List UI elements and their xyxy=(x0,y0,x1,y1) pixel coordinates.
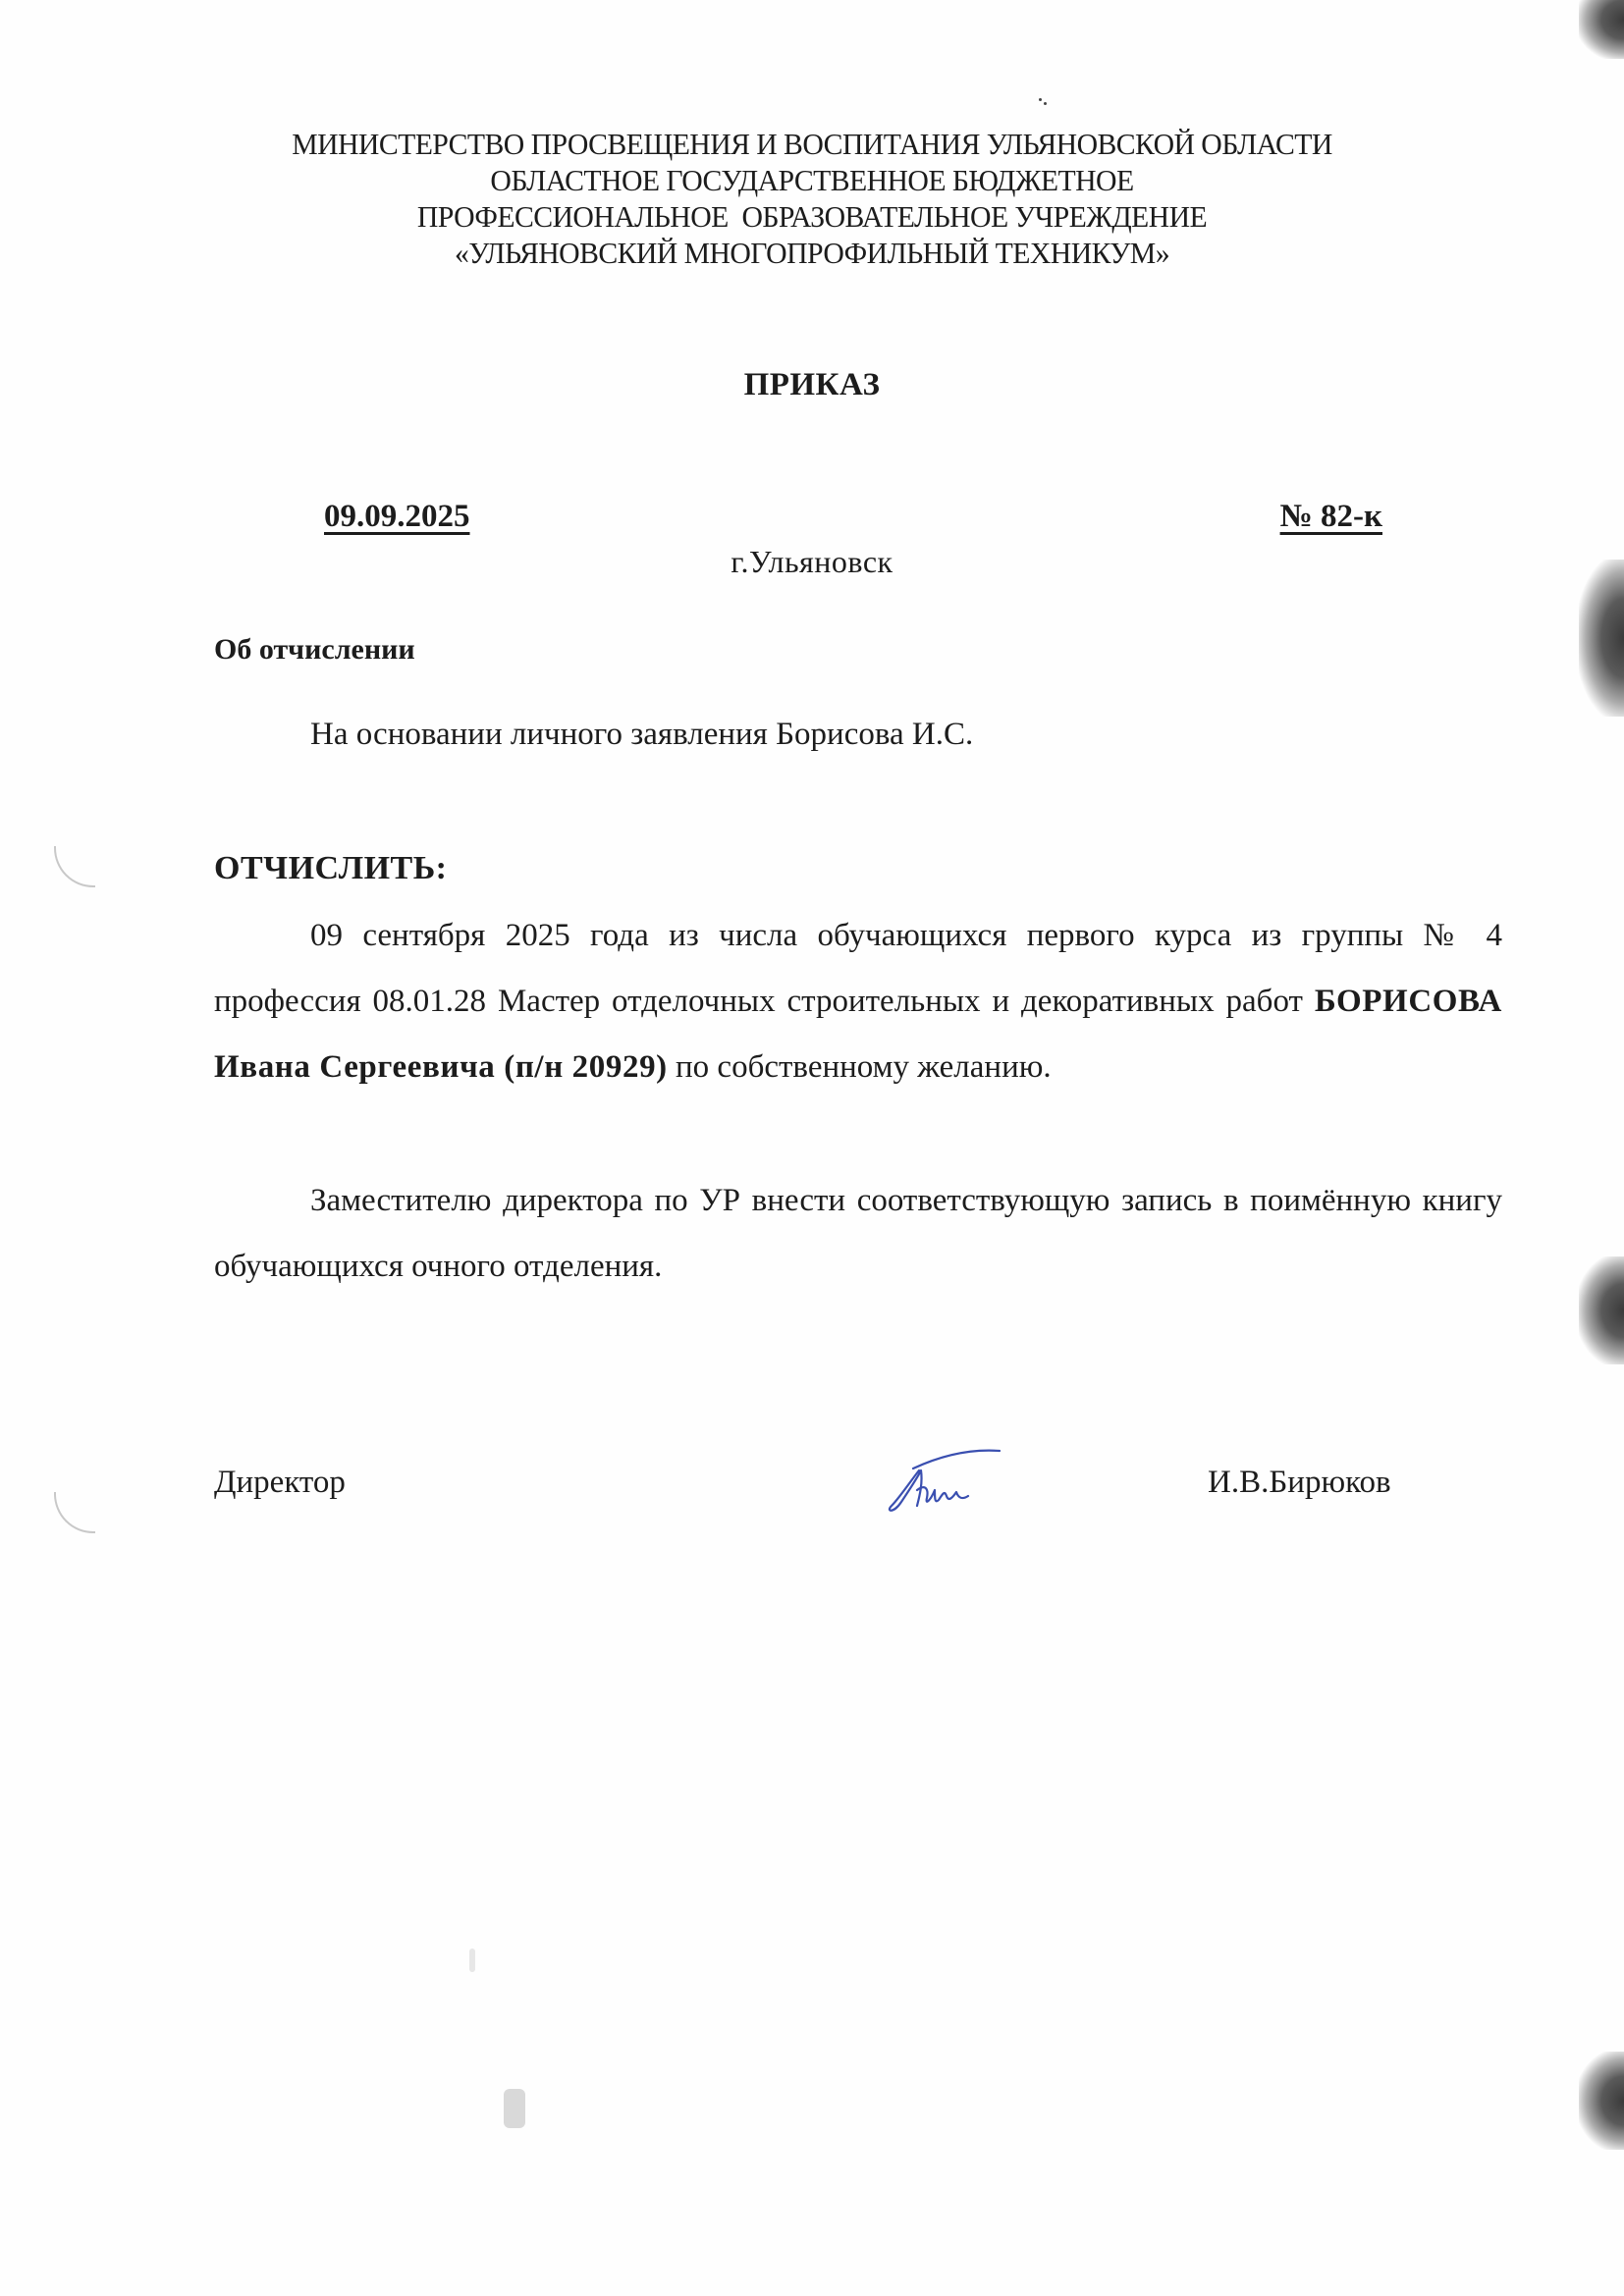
header-line: МИНИСТЕРСТВО ПРОСВЕЩЕНИЯ И ВОСПИТАНИЯ УЛ… xyxy=(32,126,1592,162)
decree-label: ОТЧИСЛИТЬ: xyxy=(214,850,448,887)
scan-speck xyxy=(1039,98,1042,101)
header-line: «УЛЬЯНОВСКИЙ МНОГОПРОФИЛЬНЫЙ ТЕХНИКУМ» xyxy=(32,235,1592,271)
scan-speck xyxy=(1044,102,1047,105)
organization-header: МИНИСТЕРСТВО ПРОСВЕЩЕНИЯ И ВОСПИТАНИЯ УЛ… xyxy=(32,126,1592,271)
order-number: № 82-к xyxy=(1280,499,1382,535)
scan-smudge xyxy=(469,1949,475,1972)
scan-smudge xyxy=(504,2089,525,2128)
scan-edge-shadow xyxy=(1579,0,1624,59)
punch-hole-mark xyxy=(54,846,95,887)
scan-edge-shadow xyxy=(1579,1256,1624,1364)
paragraph-text: Заместителю директора по УР внести соотв… xyxy=(214,1183,1502,1284)
punch-hole-mark xyxy=(54,1492,95,1533)
paragraph-text: по собственному желанию. xyxy=(668,1049,1052,1085)
scanned-document-page: МИНИСТЕРСТВО ПРОСВЕЩЕНИЯ И ВОСПИТАНИЯ УЛ… xyxy=(0,0,1624,2296)
order-city: г.Ульяновск xyxy=(0,544,1624,580)
scan-edge-shadow xyxy=(1579,2052,1624,2150)
signer-name: И.В.Бирюков xyxy=(1208,1465,1391,1501)
scan-edge-shadow xyxy=(1579,560,1624,717)
document-title: ПРИКАЗ xyxy=(0,367,1624,403)
order-basis: На основании личного заявления Борисова … xyxy=(310,717,973,753)
paragraph-text: 09 сентября 2025 года из числа обучающих… xyxy=(214,918,1502,1019)
header-line: ОБЛАСТНОЕ ГОСУДАРСТВЕННОЕ БЮДЖЕТНОЕ xyxy=(32,162,1592,198)
handwritten-signature-icon xyxy=(874,1441,1011,1520)
signer-position: Директор xyxy=(214,1465,346,1501)
instruction-paragraph: Заместителю директора по УР внести соотв… xyxy=(214,1168,1502,1300)
decree-paragraph: 09 сентября 2025 года из числа обучающих… xyxy=(214,903,1502,1100)
header-line: ПРОФЕССИОНАЛЬНОЕ ОБРАЗОВАТЕЛЬНОЕ УЧРЕЖДЕ… xyxy=(32,198,1592,235)
order-date: 09.09.2025 xyxy=(324,499,470,535)
order-subject: Об отчислении xyxy=(214,633,415,667)
